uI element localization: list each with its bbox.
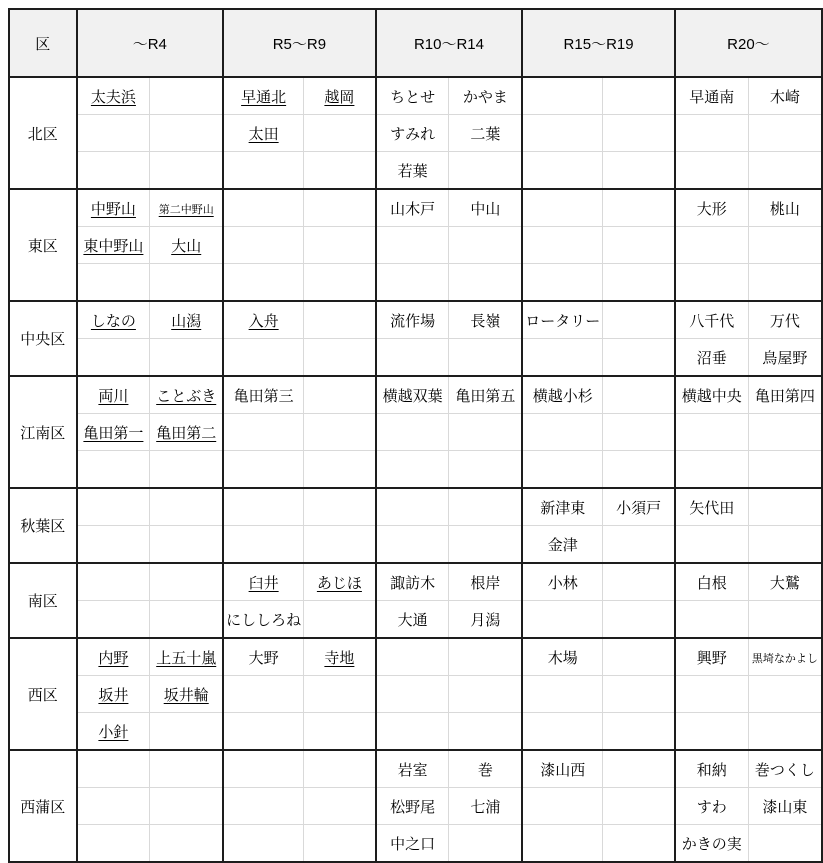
school-name: 上五十嵐 (156, 650, 216, 667)
school-name: 巻 (478, 762, 493, 779)
school-cell (748, 488, 822, 526)
school-cell (449, 638, 522, 676)
school-name: 万代 (770, 313, 800, 330)
school-name: 巻つくし (755, 762, 815, 779)
school-cell (223, 676, 304, 713)
school-cell: 松野尾 (376, 788, 449, 825)
school-name: 二葉 (470, 126, 500, 143)
school-cell: 臼井 (223, 563, 304, 601)
table-row: 小針 (9, 713, 822, 751)
school-cell (304, 339, 376, 377)
school-cell (223, 451, 304, 489)
school-cell (748, 115, 822, 152)
school-cell: 小針 (77, 713, 150, 751)
school-name: 岩室 (398, 762, 428, 779)
school-name: 大野 (249, 650, 279, 667)
school-name: 中山 (470, 201, 500, 218)
school-name: 七浦 (470, 799, 500, 816)
era-column-header-4: R20～ (675, 9, 822, 77)
school-cell (748, 825, 822, 863)
school-cell (77, 526, 150, 564)
school-cell (748, 601, 822, 639)
school-name: 第二中野山 (159, 204, 214, 216)
school-cell: 二葉 (449, 115, 522, 152)
school-cell (748, 227, 822, 264)
school-cell (449, 227, 522, 264)
school-cell (675, 115, 748, 152)
school-name: 新津東 (540, 500, 585, 517)
school-cell: 両川 (77, 376, 150, 414)
school-cell (223, 227, 304, 264)
school-cell (522, 451, 603, 489)
school-cell (223, 825, 304, 863)
school-cell (150, 451, 223, 489)
school-cell: 坂井 (77, 676, 150, 713)
school-cell (77, 750, 150, 788)
school-cell (522, 676, 603, 713)
school-name: にししろね (226, 612, 301, 629)
school-cell: 流作場 (376, 301, 449, 339)
school-cell: ことぶき (150, 376, 223, 414)
school-cell: 沼垂 (675, 339, 748, 377)
school-cell (77, 563, 150, 601)
school-name: 金津 (548, 537, 578, 554)
school-name: 早通南 (689, 89, 734, 106)
school-cell: 早通南 (675, 77, 748, 115)
table-row: 亀田第一亀田第二 (9, 414, 822, 451)
school-cell (603, 750, 675, 788)
table-row: にししろね大通月潟 (9, 601, 822, 639)
school-cell (522, 189, 603, 227)
school-cell (223, 788, 304, 825)
school-cell (77, 825, 150, 863)
school-cell (77, 601, 150, 639)
school-cell: 内野 (77, 638, 150, 676)
school-name: 大鷲 (770, 575, 800, 592)
school-cell (150, 526, 223, 564)
school-cell (150, 788, 223, 825)
school-name: 中野山 (91, 201, 136, 218)
school-cell (304, 676, 376, 713)
school-cell (748, 451, 822, 489)
school-name: 松野尾 (390, 799, 435, 816)
school-cell (603, 115, 675, 152)
school-cell: あじほ (304, 563, 376, 601)
district-label: 南区 (9, 563, 77, 638)
school-cell: 月潟 (449, 601, 522, 639)
school-cell (304, 451, 376, 489)
school-cell (748, 713, 822, 751)
school-cell: 漆山東 (748, 788, 822, 825)
school-name: 矢代田 (689, 500, 734, 517)
school-name: 太夫浜 (91, 89, 136, 106)
school-cell: かやま (449, 77, 522, 115)
school-cell: 黒埼なかよし (748, 638, 822, 676)
school-name: 月潟 (470, 612, 500, 629)
school-cell: 巻つくし (748, 750, 822, 788)
table-row: 沼垂鳥屋野 (9, 339, 822, 377)
school-cell: しなの (77, 301, 150, 339)
school-name: 寺地 (324, 650, 354, 667)
school-name: 亀田第一 (83, 425, 143, 442)
school-name: すみれ (390, 126, 435, 143)
school-name: 坂井輪 (164, 687, 209, 704)
school-cell (522, 115, 603, 152)
school-name: 坂井 (98, 687, 128, 704)
school-name: 木崎 (770, 89, 800, 106)
school-cell (150, 713, 223, 751)
school-name: 大形 (697, 201, 727, 218)
school-cell: 寺地 (304, 638, 376, 676)
school-cell: 諏訪木 (376, 563, 449, 601)
school-cell (304, 825, 376, 863)
table-row: 秋葉区新津東小須戸矢代田 (9, 488, 822, 526)
school-cell (376, 451, 449, 489)
sheet: 区～R4R5～R9R10～R14R15～R19R20～北区太夫浜早通北越岡ちとせ… (8, 8, 823, 863)
school-cell: 白根 (675, 563, 748, 601)
school-cell: 横越小杉 (522, 376, 603, 414)
school-cell (603, 414, 675, 451)
school-cell: 桃山 (748, 189, 822, 227)
school-cell: 上五十嵐 (150, 638, 223, 676)
school-cell: 若葉 (376, 152, 449, 190)
school-name: あじほ (317, 575, 362, 592)
school-cell (748, 152, 822, 190)
school-cell: 横越中央 (675, 376, 748, 414)
school-cell (603, 638, 675, 676)
school-cell: 山潟 (150, 301, 223, 339)
school-cell (223, 152, 304, 190)
school-cell (150, 750, 223, 788)
school-cell (603, 788, 675, 825)
school-cell (304, 152, 376, 190)
school-name: 若葉 (398, 163, 428, 180)
school-cell: 中野山 (77, 189, 150, 227)
school-name: 臼井 (249, 575, 279, 592)
school-cell: 巻 (449, 750, 522, 788)
school-cell (449, 825, 522, 863)
school-cell (304, 750, 376, 788)
school-cell: 山木戸 (376, 189, 449, 227)
school-cell (675, 264, 748, 302)
table-row (9, 264, 822, 302)
table-row: 南区臼井あじほ諏訪木根岸小林白根大鷲 (9, 563, 822, 601)
school-cell (449, 339, 522, 377)
table-row: 若葉 (9, 152, 822, 190)
school-cell (603, 676, 675, 713)
school-cell (223, 414, 304, 451)
school-name: 白根 (697, 575, 727, 592)
era-column-header-0: ～R4 (77, 9, 224, 77)
school-cell (675, 227, 748, 264)
school-cell (449, 451, 522, 489)
school-name: 沼垂 (697, 350, 727, 367)
school-cell: 大野 (223, 638, 304, 676)
school-cell (675, 152, 748, 190)
school-cell (603, 713, 675, 751)
school-cell (223, 488, 304, 526)
school-cell: 亀田第四 (748, 376, 822, 414)
school-cell (150, 339, 223, 377)
school-name: かきの実 (682, 836, 742, 853)
school-name: ロータリー (525, 313, 600, 330)
school-cell: 長嶺 (449, 301, 522, 339)
school-name: 木場 (548, 650, 578, 667)
school-name: 太田 (249, 126, 279, 143)
school-cell (603, 451, 675, 489)
school-cell: にししろね (223, 601, 304, 639)
table-row: 東区中野山第二中野山山木戸中山大形桃山 (9, 189, 822, 227)
school-cell (603, 264, 675, 302)
school-cell: 根岸 (449, 563, 522, 601)
school-cell (449, 152, 522, 190)
school-name: 漆山東 (762, 799, 807, 816)
school-name: すわ (697, 799, 727, 816)
school-cell: 興野 (675, 638, 748, 676)
school-cell: かきの実 (675, 825, 748, 863)
school-cell (304, 376, 376, 414)
school-cell: 金津 (522, 526, 603, 564)
school-cell (603, 227, 675, 264)
school-cell: ロータリー (522, 301, 603, 339)
school-cell (77, 115, 150, 152)
school-cell (748, 526, 822, 564)
school-cell (376, 676, 449, 713)
school-cell (223, 264, 304, 302)
school-cell (522, 414, 603, 451)
school-cell (304, 301, 376, 339)
school-cell (522, 339, 603, 377)
era-table: 区～R4R5～R9R10～R14R15～R19R20～北区太夫浜早通北越岡ちとせ… (8, 8, 823, 863)
school-name: 小須戸 (616, 500, 661, 517)
school-name: 内野 (98, 650, 128, 667)
school-cell (223, 750, 304, 788)
school-name: しなの (91, 313, 136, 330)
school-cell (522, 152, 603, 190)
school-cell (376, 264, 449, 302)
table-row: 中之口かきの実 (9, 825, 822, 863)
school-name: 東中野山 (83, 238, 143, 255)
school-cell: 新津東 (522, 488, 603, 526)
school-name: 大通 (398, 612, 428, 629)
school-cell: 大通 (376, 601, 449, 639)
school-cell (675, 676, 748, 713)
school-cell: 木崎 (748, 77, 822, 115)
school-cell (376, 638, 449, 676)
school-cell: 木場 (522, 638, 603, 676)
school-cell (449, 414, 522, 451)
school-cell: 万代 (748, 301, 822, 339)
school-cell: 亀田第一 (77, 414, 150, 451)
corner-header: 区 (9, 9, 77, 77)
table-row: 松野尾七浦すわ漆山東 (9, 788, 822, 825)
school-cell: 七浦 (449, 788, 522, 825)
school-cell (77, 264, 150, 302)
school-name: 黒埼なかよし (752, 653, 818, 665)
table-row: 坂井坂井輪 (9, 676, 822, 713)
table-row: 西区内野上五十嵐大野寺地木場興野黒埼なかよし (9, 638, 822, 676)
school-cell: 大鷲 (748, 563, 822, 601)
school-cell: ちとせ (376, 77, 449, 115)
school-cell: すわ (675, 788, 748, 825)
table-row: 金津 (9, 526, 822, 564)
school-cell (449, 676, 522, 713)
school-cell (304, 488, 376, 526)
school-cell (522, 713, 603, 751)
school-cell (150, 115, 223, 152)
school-name: 大山 (171, 238, 201, 255)
school-cell (376, 526, 449, 564)
district-label: 東区 (9, 189, 77, 301)
school-cell (304, 601, 376, 639)
school-cell: 横越双葉 (376, 376, 449, 414)
school-name: 亀田第三 (234, 388, 294, 405)
district-label: 秋葉区 (9, 488, 77, 563)
school-name: 越岡 (324, 89, 354, 106)
table-row: 太田すみれ二葉 (9, 115, 822, 152)
school-cell (77, 152, 150, 190)
school-cell: 第二中野山 (150, 189, 223, 227)
school-name: 和納 (697, 762, 727, 779)
table-row: 西蒲区岩室巻漆山西和納巻つくし (9, 750, 822, 788)
school-cell (603, 526, 675, 564)
school-cell (522, 77, 603, 115)
school-cell (376, 414, 449, 451)
school-cell (603, 825, 675, 863)
school-cell: すみれ (376, 115, 449, 152)
school-name: 根岸 (470, 575, 500, 592)
school-cell: 坂井輪 (150, 676, 223, 713)
era-table-body: 区～R4R5～R9R10～R14R15～R19R20～北区太夫浜早通北越岡ちとせ… (9, 9, 822, 862)
school-cell (77, 339, 150, 377)
school-name: 横越小杉 (533, 388, 593, 405)
district-label: 中央区 (9, 301, 77, 376)
school-cell (376, 713, 449, 751)
school-cell (675, 713, 748, 751)
school-cell (603, 339, 675, 377)
table-row: 東中野山大山 (9, 227, 822, 264)
school-cell (603, 77, 675, 115)
school-cell (223, 339, 304, 377)
school-cell: 亀田第三 (223, 376, 304, 414)
school-name: 横越双葉 (383, 388, 443, 405)
school-cell (748, 676, 822, 713)
school-name: 漆山西 (540, 762, 585, 779)
school-cell (304, 526, 376, 564)
school-name: 流作場 (390, 313, 435, 330)
school-cell (603, 376, 675, 414)
school-cell (522, 264, 603, 302)
school-cell (223, 526, 304, 564)
school-cell (449, 264, 522, 302)
era-column-header-3: R15～R19 (522, 9, 675, 77)
school-name: 八千代 (689, 313, 734, 330)
school-cell: 小林 (522, 563, 603, 601)
school-cell (603, 189, 675, 227)
school-cell: 越岡 (304, 77, 376, 115)
school-name: 両川 (98, 388, 128, 405)
school-cell: 早通北 (223, 77, 304, 115)
school-name: ことぶき (156, 388, 216, 405)
school-name: 入舟 (249, 313, 279, 330)
school-cell (304, 414, 376, 451)
school-name: 亀田第二 (156, 425, 216, 442)
era-column-header-2: R10～R14 (376, 9, 523, 77)
table-row: 江南区両川ことぶき亀田第三横越双葉亀田第五横越小杉横越中央亀田第四 (9, 376, 822, 414)
school-name: 諏訪木 (390, 575, 435, 592)
era-column-header-1: R5～R9 (223, 9, 376, 77)
school-cell (675, 451, 748, 489)
school-name: 長嶺 (470, 313, 500, 330)
school-cell (223, 713, 304, 751)
school-cell (603, 152, 675, 190)
school-cell (449, 713, 522, 751)
school-name: 山潟 (171, 313, 201, 330)
school-cell (304, 788, 376, 825)
school-cell (449, 488, 522, 526)
school-cell (304, 227, 376, 264)
school-name: 亀田第四 (755, 388, 815, 405)
school-cell: 亀田第二 (150, 414, 223, 451)
school-cell (522, 825, 603, 863)
district-label: 西蒲区 (9, 750, 77, 862)
school-cell (150, 563, 223, 601)
table-row: 北区太夫浜早通北越岡ちとせかやま早通南木崎 (9, 77, 822, 115)
school-cell (449, 526, 522, 564)
school-name: 鳥屋野 (762, 350, 807, 367)
school-cell: 大形 (675, 189, 748, 227)
table-row (9, 451, 822, 489)
school-cell (77, 788, 150, 825)
school-cell (223, 189, 304, 227)
school-cell (77, 451, 150, 489)
school-cell (304, 189, 376, 227)
school-name: ちとせ (390, 89, 435, 106)
school-cell (150, 77, 223, 115)
school-name: 興野 (697, 650, 727, 667)
school-cell (304, 115, 376, 152)
school-cell (376, 488, 449, 526)
school-name: 中之口 (390, 836, 435, 853)
school-cell (376, 339, 449, 377)
school-cell (522, 788, 603, 825)
school-name: 早通北 (241, 89, 286, 106)
school-cell (150, 601, 223, 639)
school-cell (675, 414, 748, 451)
school-cell: 太夫浜 (77, 77, 150, 115)
school-cell: 中山 (449, 189, 522, 227)
school-cell (603, 601, 675, 639)
school-cell (675, 601, 748, 639)
school-cell (675, 526, 748, 564)
school-name: 小針 (98, 724, 128, 741)
school-cell: 太田 (223, 115, 304, 152)
school-name: 桃山 (770, 201, 800, 218)
school-cell: 和納 (675, 750, 748, 788)
school-cell (603, 301, 675, 339)
district-label: 北区 (9, 77, 77, 189)
school-cell: 小須戸 (603, 488, 675, 526)
school-cell (150, 825, 223, 863)
school-name: 山木戸 (390, 201, 435, 218)
school-cell: 大山 (150, 227, 223, 264)
school-cell (150, 264, 223, 302)
school-cell (77, 488, 150, 526)
school-name: 亀田第五 (455, 388, 515, 405)
school-name: 小林 (548, 575, 578, 592)
school-cell (748, 264, 822, 302)
district-label: 西区 (9, 638, 77, 750)
